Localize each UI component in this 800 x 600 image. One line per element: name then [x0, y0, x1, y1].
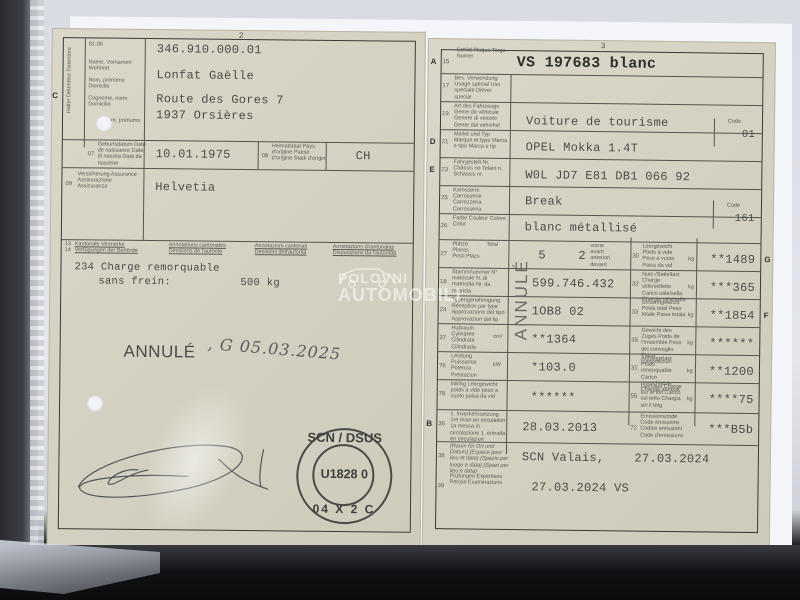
annotations-label-fr: Annotations cantonales Décisions de l'au…: [169, 242, 249, 255]
holder-name-value: Lonfat Gaëlle: [156, 68, 254, 83]
vehicle-type-code: 01: [742, 129, 755, 141]
holder-side-label: Halter Détenteur Detentore: [66, 33, 73, 113]
inspections-labels: Prüfungen Expertises Perizie Examinaziun…: [450, 473, 504, 486]
punch-hole: [96, 115, 112, 131]
first-registration-labels: 1. Inverkehrsetzung 1re mise en circulat…: [450, 411, 506, 443]
kg-unit: kg: [688, 284, 694, 290]
code-label: Code: [728, 119, 741, 125]
power-unit: kW: [493, 362, 501, 368]
field-code-27: 27: [440, 251, 447, 257]
section-letter-g: G: [764, 255, 770, 264]
annotation-unbraked-value: 500 kg: [240, 277, 280, 289]
vertical-cancelled-stamp: ANNULÉ: [511, 259, 532, 340]
field-code-38: 38: [438, 453, 445, 459]
body-value: Break: [525, 194, 563, 208]
kg-unit: kg: [688, 312, 694, 318]
official-round-stamp: SCN / DSUS U1828 0 04 X 2 C: [296, 428, 393, 525]
kg-unit: kg: [688, 256, 694, 262]
power-weight-labels: kW/kg Leergewicht poids à vide peso a vu…: [451, 381, 505, 400]
stamp-middle-text: U1828 0: [298, 467, 390, 482]
vin-value: W0L JD7 E81 DB1 066 92: [525, 168, 690, 184]
vehicle-type-value: Voiture de tourisme: [526, 114, 669, 130]
power-value: *103.0: [531, 360, 576, 375]
first-registration-value: 28.03.2013: [522, 420, 597, 435]
sleeve-perforation: [30, 0, 44, 560]
stamp-top-text: SCN / DSUS: [299, 430, 391, 446]
trailer-load-value: **1200: [709, 364, 754, 379]
total-weight-labels: Gesamtgewicht Poids total Peso totale Pa…: [642, 300, 686, 319]
place-date-value: SCN Valais, 27.03.2024: [522, 450, 710, 466]
roof-load-labels: Dachlast Charge sur le toit Carico sul t…: [640, 384, 684, 409]
matricule-value: 599.746.432: [532, 276, 615, 291]
birthdate-value: 10.01.1975: [156, 147, 231, 162]
emission-code-value: ***B5b: [708, 422, 753, 437]
page-number-right: 3: [601, 41, 606, 50]
code-label: Code: [727, 203, 740, 209]
places-labels: Plätze Places Posti Plazs: [452, 241, 482, 260]
kg-unit: kg: [687, 340, 693, 346]
annotations-label-de: Kantonale Vermerke Verfügungen der Behör…: [75, 241, 155, 254]
section-letter-a: A: [431, 57, 437, 66]
roof-load-value: ****75: [709, 392, 754, 407]
field-code-72: 72: [630, 426, 637, 432]
watermark-car-icon: [338, 266, 398, 288]
cancelled-stamp: ANNULÉ: [124, 342, 196, 363]
origin-value: CH: [356, 149, 371, 163]
type-approval-value: 1OB8 02: [532, 304, 585, 319]
insurance-labels: Versicherung Assurance Assicurazione Ass…: [77, 171, 137, 190]
annotations-codes: 13 14: [65, 241, 73, 253]
field-code-15: 15: [443, 59, 450, 65]
total-weight-value: **1854: [710, 308, 755, 323]
field-code-09: 09: [65, 181, 72, 187]
field-code-55: 55: [631, 394, 638, 400]
holder-number-value: 346.910.000.01: [157, 42, 262, 57]
field-code-07: 07: [88, 151, 95, 157]
cylinder-value: **1364: [531, 332, 576, 347]
empty-weight-value: **1489: [710, 252, 755, 267]
color-value: blanc métallisé: [525, 220, 638, 235]
annotations-label-it: Annotazioni cantonali Decisioni dell'aut…: [255, 243, 327, 256]
name-label-it: Cognome, nomi Domicilio: [88, 95, 142, 108]
annotation-unbraked-label: sans frein:: [98, 275, 171, 288]
seats-front-value: 2: [578, 249, 586, 263]
total-label: Total: [486, 242, 498, 248]
front-seats-labels: vorne avant anteriori davant: [590, 243, 616, 268]
annotations-label-rm: Annotaziuns chantunalas Dispusiziuns da …: [333, 244, 413, 257]
name-label-fr: Nom, prénoms Domicile: [88, 77, 142, 90]
cylinder-labels: Hubraum Cylindrée Cilindrata Cilindrada: [451, 325, 491, 350]
make-model-labels: Marke und Typ Marque et type Marca e tip…: [454, 131, 508, 150]
kg-unit: kg: [687, 368, 693, 374]
make-model-value: OPEL Mokka 1.4T: [526, 140, 639, 155]
field-code-24: 24: [440, 307, 447, 313]
plate-labels: Schild Plaque Targa Numer: [457, 47, 507, 60]
payload-value: ***365: [710, 280, 755, 295]
field-code-08: 08: [262, 153, 269, 159]
section-letter-e: E: [429, 165, 434, 174]
power-weight-value: ******: [531, 390, 576, 405]
birthdate-labels: Geburtsdatum Date de naissance Data di n…: [98, 141, 146, 166]
field-code-19: 19: [442, 111, 449, 117]
section-letter-d: D: [430, 137, 436, 146]
watermark-line2: AUTOMOBILI: [338, 285, 462, 306]
document-page-right: 3 A 15 Schild Plaque Targa Numer VS 1976…: [422, 38, 776, 554]
payload-labels: Nutz-/Sattellast Charge utile/sellette C…: [642, 272, 686, 304]
field-code-36: 36: [438, 421, 445, 427]
power-labels: Leistung Puissance Potenza Prestaziun: [451, 353, 491, 378]
field-code-35: 35: [631, 338, 638, 344]
field-code-32: 32: [632, 282, 639, 288]
name-label-de: Name, Vornamen Wohnort: [89, 59, 143, 72]
field-code-37: 37: [439, 335, 446, 341]
origin-labels: Heimatstaat Pays d'origine Paese d'origi…: [272, 143, 326, 162]
empty-weight-labels: Leergewicht Poids à vide Peso a vuoto Pa…: [642, 244, 686, 269]
section-letter-c: C: [52, 91, 58, 100]
field-code-01-06: 01-06: [89, 41, 103, 47]
seats-total-value: 5: [538, 248, 546, 262]
cylinder-unit: cm³: [493, 334, 502, 340]
color-labels: Farbe Couleur Colore Colur: [453, 215, 507, 228]
emission-code-labels: Emissionscode Code émissions Codice emis…: [640, 414, 690, 439]
stamp-bottom-text: 04 X 2 C: [298, 502, 390, 517]
inspections-value: 27.03.2024 VS: [531, 480, 629, 495]
field-code-25: 25: [441, 195, 448, 201]
body-code: 161: [735, 213, 755, 225]
section-letter-f: F: [764, 311, 769, 320]
kg-unit: kg: [687, 396, 693, 402]
annotation-trailer-load: 234 Charge remorquable: [74, 261, 219, 275]
field-code-39: 39: [437, 483, 444, 489]
body-labels: Karosserie Carrosserie Carrozzeria Carro…: [453, 187, 507, 212]
section-letter-b: B: [426, 419, 432, 428]
address-line1-value: Route des Gores 7: [156, 92, 284, 107]
vehicle-type-labels: Art des Fahrzeugs Genre de véhicule Gene…: [454, 103, 508, 128]
place-date-labels: (Raum für Ort und Datum) (Espace pour li…: [450, 443, 512, 475]
train-weight-value: ******: [709, 336, 754, 351]
license-plate-value: VS 197683 blanc: [517, 54, 657, 73]
field-code-30: 30: [632, 254, 639, 260]
insurance-value: Helvetia: [155, 180, 215, 195]
chassis-labels: Fahrgestell-Nr. Châssis no Telaio n. Sch…: [453, 159, 507, 178]
field-code-17: 17: [442, 83, 449, 89]
punch-hole: [87, 395, 103, 411]
field-code-31: 31: [631, 366, 638, 372]
field-code-76: 76: [439, 363, 446, 369]
field-code-33: 33: [632, 310, 639, 316]
field-code-26: 26: [441, 223, 448, 229]
field-code-23: 23: [441, 167, 448, 173]
address-line2-value: 1937 Orsières: [156, 108, 254, 123]
field-code-21: 21: [442, 139, 449, 145]
special-use-labels: Bes. Verwendung Usage spécial Uso specia…: [454, 75, 508, 100]
field-code-78: 78: [439, 391, 446, 397]
